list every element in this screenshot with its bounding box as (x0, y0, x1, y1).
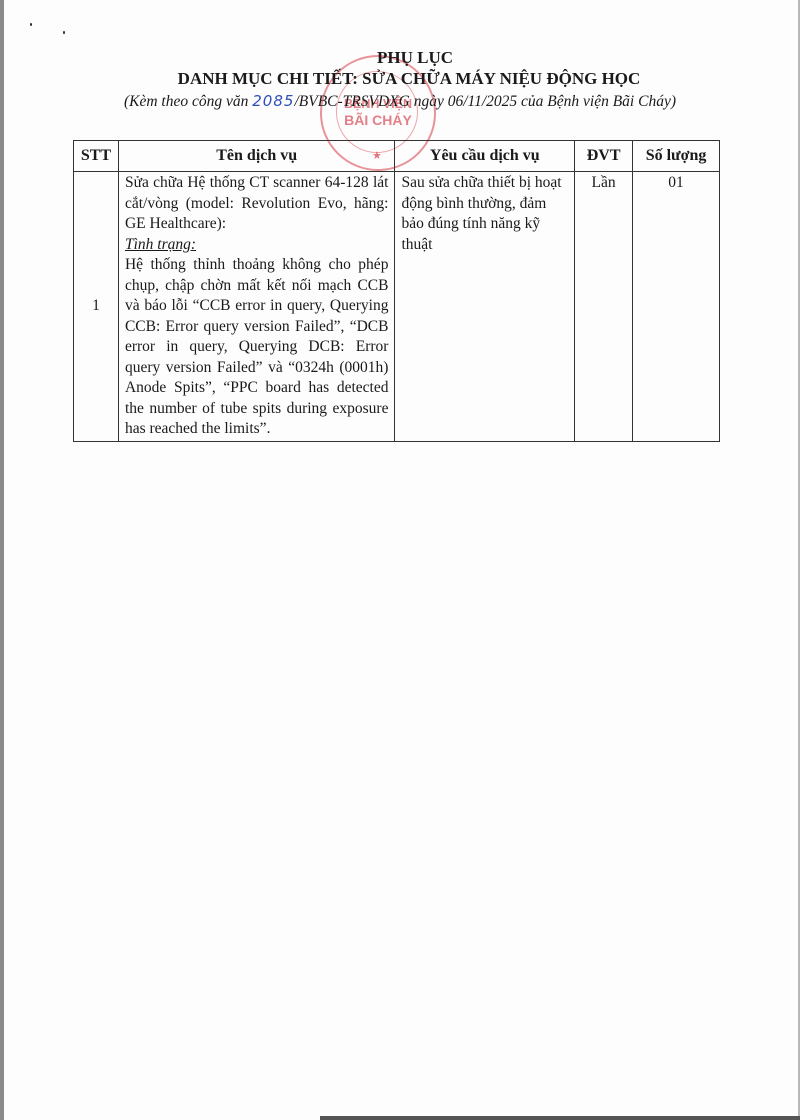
stamp-text-line2: BÃI CHÁY (322, 112, 434, 128)
scan-speck (63, 31, 65, 34)
scan-left-edge (0, 0, 4, 1120)
scan-speck (30, 23, 32, 26)
subtitle-suffix: /BVBC-TRSVDXG ngày 06/11/2025 của Bệnh v… (294, 93, 676, 110)
document-heading: DANH MỤC CHI TIẾT: SỬA CHỮA MÁY NIỆU ĐỘN… (18, 68, 800, 90)
table-row: 1 Sửa chữa Hệ thống CT scanner 64-128 lá… (74, 172, 720, 442)
cell-requirement: Sau sửa chữa thiết bị hoạt động bình thư… (395, 172, 575, 442)
service-name-text: Sửa chữa Hệ thống CT scanner 64-128 lát … (125, 173, 388, 235)
cell-stt: 1 (74, 172, 119, 442)
service-table: STT Tên dịch vụ Yêu cầu dịch vụ ĐVT Số l… (73, 140, 720, 442)
cell-unit: Lần (575, 172, 633, 442)
header-unit: ĐVT (575, 141, 633, 172)
subtitle-prefix: (Kèm theo công văn (124, 93, 252, 110)
header-stt: STT (74, 141, 119, 172)
header-quantity: Số lượng (633, 141, 720, 172)
handwritten-document-number: 2085 (252, 92, 294, 110)
table-header-row: STT Tên dịch vụ Yêu cầu dịch vụ ĐVT Số l… (74, 141, 720, 172)
document-title: PHỤ LỤC (30, 48, 800, 68)
document-subtitle: (Kèm theo công văn 2085/BVBC-TRSVDXG ngà… (0, 90, 800, 113)
header-service-requirement: Yêu cầu dịch vụ (395, 141, 575, 172)
status-text: Hệ thống thỉnh thoảng không cho phép chụ… (125, 255, 388, 440)
cell-service-name: Sửa chữa Hệ thống CT scanner 64-128 lát … (118, 172, 394, 442)
scan-bottom-edge (320, 1116, 800, 1120)
header-service-name: Tên dịch vụ (118, 141, 394, 172)
document-header: PHỤ LỤC DANH MỤC CHI TIẾT: SỬA CHỮA MÁY … (0, 48, 800, 113)
cell-quantity: 01 (633, 172, 720, 442)
status-label: Tình trạng: (125, 235, 388, 256)
